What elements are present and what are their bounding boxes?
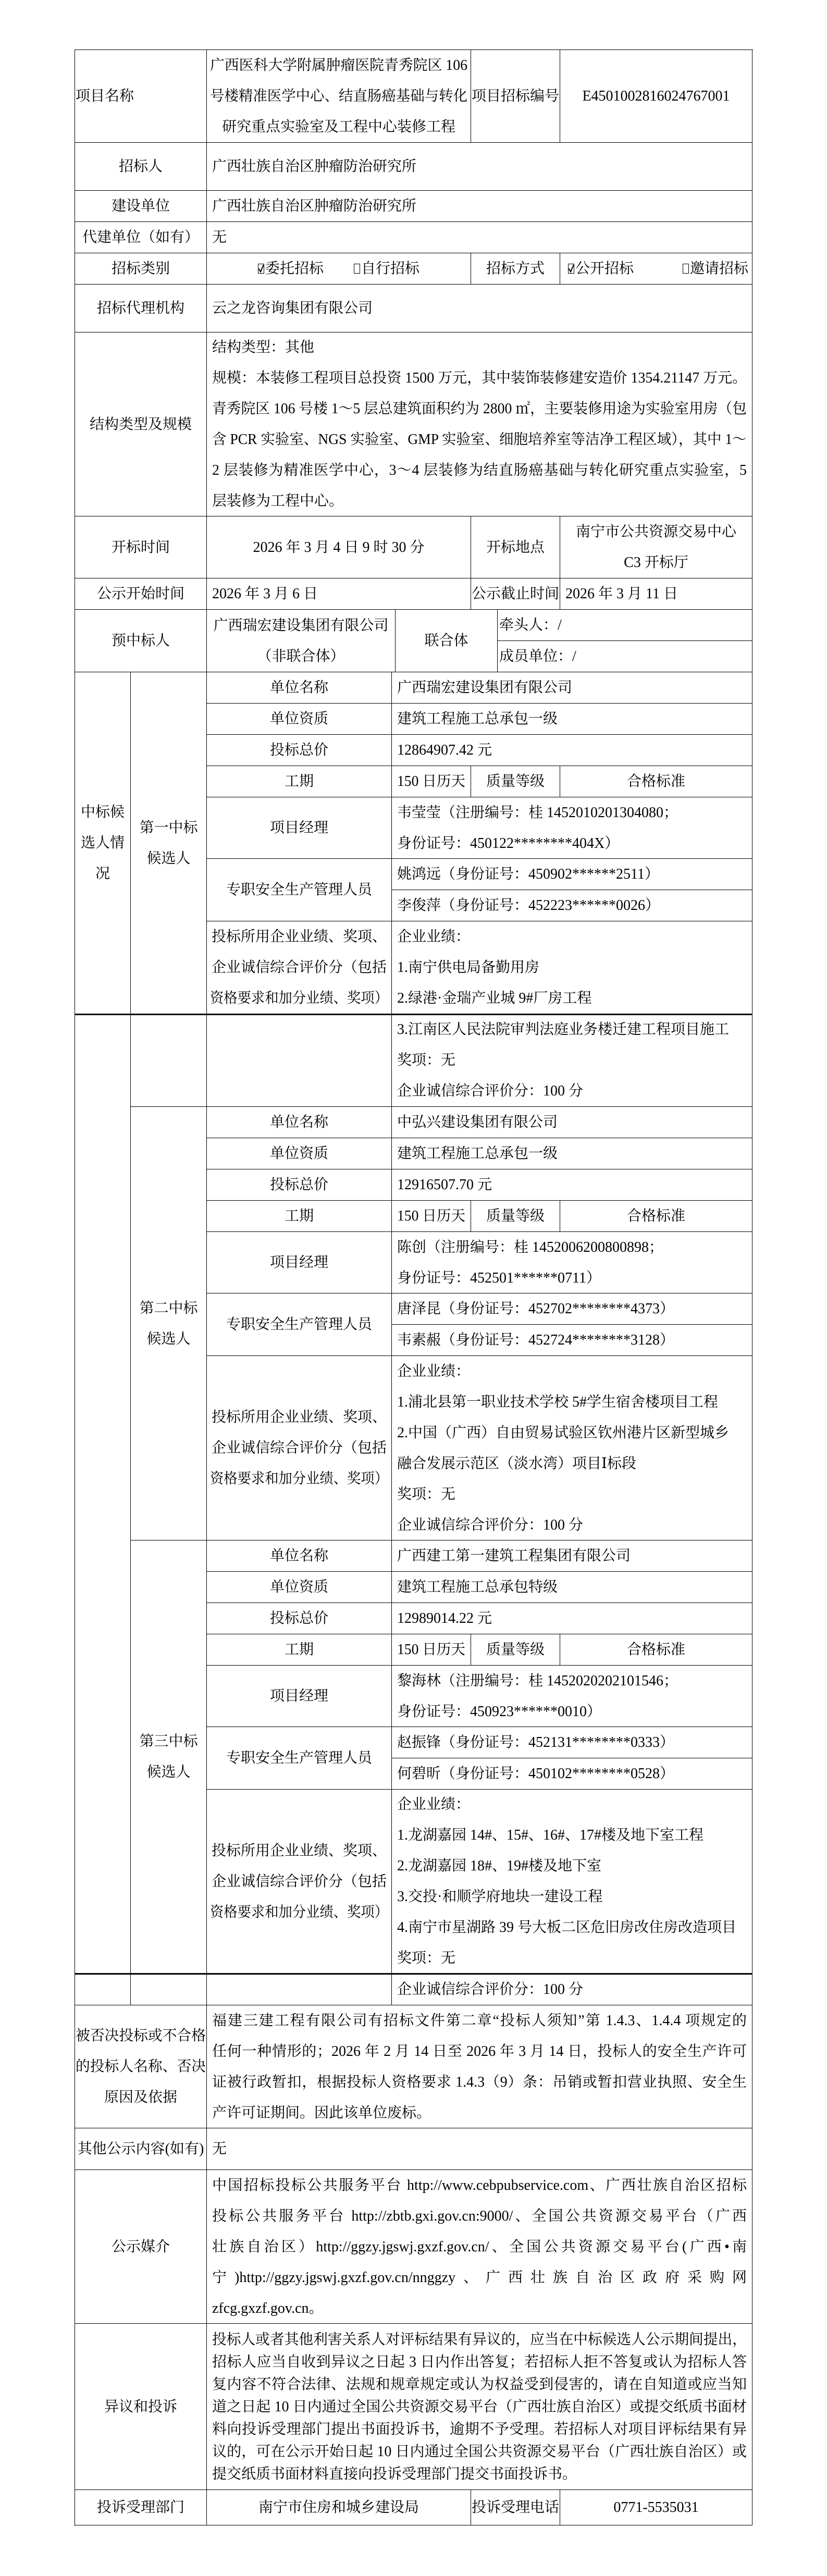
field-label: 专职安全生产管理人员 — [212, 874, 386, 905]
candidate-1-quality: 合格标准 — [560, 766, 752, 797]
consortium-members-text: 成员单位：/ — [499, 641, 750, 672]
structure-line: 青秀院区 106 号楼 1～5 层总建筑面积约为 2800 ㎡，主要装修用途为实… — [212, 393, 742, 424]
candidate-2-unit-name: 中弘兴建设集团有限公司 — [392, 1107, 752, 1138]
pre-winner-name: 广西瑞宏建设集团有限公司 （非联合体） — [207, 610, 396, 672]
bid-opening-time-text: 2026 年 3 月 4 日 9 时 30 分 — [212, 532, 465, 563]
candidate-3-safety-label: 专职安全生产管理人员 — [207, 1727, 392, 1790]
pre-winner-label: 预中标人 — [75, 610, 207, 672]
field-label-line: 资格要求和加分业绩、奖项） — [210, 1463, 377, 1494]
media-line: 投标公共服务平台 http://zbtb.gxi.gov.cn:9000/、全国… — [212, 2201, 747, 2232]
field-value-line: 企业业绩： — [397, 1356, 747, 1387]
field-label: 质量等级 — [472, 766, 559, 797]
candidate-2-duration: 150 日历天 — [392, 1201, 471, 1232]
candidate-3-pm-label: 项目经理 — [207, 1666, 392, 1727]
field-label: 投标总价 — [212, 1169, 386, 1200]
field-value: 12864907.42 元 — [397, 735, 747, 766]
bid-opening-place-line: C3 开标厅 — [565, 547, 747, 578]
option-label: 公开招标 — [575, 253, 634, 284]
field-label: 项目经理 — [212, 1247, 386, 1278]
field-value: 广西建工第一建筑工程集团有限公司 — [397, 1540, 747, 1571]
publicity-start-value: 2026 年 3 月 6 日 — [207, 578, 471, 610]
field-value-line: 2.绿港·金瑞产业城 9#厂房工程 — [397, 983, 747, 1014]
field-value: 何碧昕（身份证号：450102********0528） — [397, 1758, 747, 1789]
candidate-3-qualification-label: 单位资质 — [207, 1572, 392, 1603]
field-value: 合格标准 — [565, 1201, 747, 1231]
complaint-dept-text: 南宁市住房和城乡建设局 — [212, 2492, 465, 2523]
complaint-phone-text: 0771-5535031 — [565, 2492, 747, 2523]
candidates-section-label: 中标候 选人情 况 — [75, 672, 131, 1014]
candidates-section-continued — [75, 1014, 131, 1974]
candidate-3-performance-label-continued — [207, 1974, 392, 2005]
candidates-section-continued — [75, 1974, 131, 2005]
candidate-1-pm-label: 项目经理 — [207, 797, 392, 859]
candidate-1-qualification-label: 单位资质 — [207, 704, 392, 735]
candidate-rank-line: 第二中标 — [131, 1293, 206, 1324]
checkbox-icon — [354, 264, 360, 274]
bid-opening-place-line: 南宁市公共资源交易中心 — [565, 516, 747, 547]
objection-line: 议的，可在公示开始日起 10 日内通过全国公共资源交易平台（广西壮族自治区）或 — [212, 2441, 747, 2463]
consortium-label-text: 联合体 — [396, 625, 497, 656]
candidate-3-duration-label: 工期 — [207, 1634, 392, 1666]
field-value-line: 2.龙湖嘉园 18#、19#楼及地下室 — [397, 1851, 747, 1881]
option-label: 自行招标 — [361, 253, 419, 284]
candidate-3-unit-name-label: 单位名称 — [207, 1540, 392, 1572]
pre-winner-name-line: 广西瑞宏建设集团有限公司 — [207, 610, 394, 641]
candidates-section-line: 中标候 — [76, 797, 130, 828]
agent-construction-unit-text: 无 — [212, 222, 747, 253]
bid-opening-place-value: 南宁市公共资源交易中心 C3 开标厅 — [560, 516, 752, 578]
field-value: 建筑工程施工总承包一级 — [397, 704, 747, 734]
publicity-end-value: 2026 年 3 月 11 日 — [560, 578, 752, 610]
complaint-phone-label-text: 投诉受理电话 — [472, 2492, 559, 2523]
candidate-1-performance-continued: 3.江南区人民法院审判法庭业务楼迁建工程项目施工 奖项：无 企业诚信综合评价分：… — [392, 1014, 752, 1107]
candidate-2-performance: 企业业绩： 1.浦北县第一职业技术学校 5#学生宿舍楼项目工程 2.中国（广西）… — [392, 1356, 752, 1540]
agency-text: 云之龙咨询集团有限公司 — [212, 293, 747, 324]
field-label-line: 投标所用企业业绩、奖项、 — [210, 1835, 388, 1866]
field-value-line: 3.江南区人民法院审判法庭业务楼迁建工程项目施工 — [397, 1014, 747, 1045]
media-label-text: 公示媒介 — [76, 2232, 206, 2262]
objection-line: 招标人应当自收到异议之日起 3 日内作出答复；若招标人拒不答复或认为招标人答 — [212, 2351, 747, 2373]
field-value: 12916507.70 元 — [397, 1169, 747, 1200]
objection-line: 复内容不符合法律、法规和规章规定或认为权益受到侵害的，请在自知道或应当知 — [212, 2373, 747, 2396]
candidate-2-rank: 第二中标 候选人 — [131, 1107, 207, 1540]
field-value-line: 身份证号：450923******0010） — [397, 1696, 747, 1727]
option-invited-tender: 邀请招标 — [683, 253, 748, 284]
candidates-section-line: 况 — [76, 858, 130, 889]
media-line: zfcg.gxzf.gov.cn。 — [212, 2293, 747, 2324]
complaint-dept-label-text: 投诉受理部门 — [76, 2492, 206, 2523]
candidate-2-qualification: 建筑工程施工总承包一级 — [392, 1138, 752, 1169]
field-value-line: 身份证号：450122********404X） — [397, 828, 747, 859]
bid-opening-place-label-text: 开标地点 — [472, 532, 559, 563]
objection-label-text: 异议和投诉 — [76, 2392, 206, 2422]
field-label: 单位资质 — [212, 704, 386, 734]
field-value: 合格标准 — [565, 766, 747, 797]
candidate-2-safety-2: 韦素赧（身份证号：452724********3128） — [392, 1325, 752, 1356]
publicity-start-label-text: 公示开始时间 — [76, 578, 206, 609]
candidate-2-qualification-label: 单位资质 — [207, 1138, 392, 1169]
field-value-line: 3.交投·和顺学府地块一建设工程 — [397, 1881, 747, 1912]
publicity-start-label: 公示开始时间 — [75, 578, 207, 610]
structure-label-text: 结构类型及规模 — [76, 409, 206, 440]
agent-construction-unit-label: 代建单位（如有） — [75, 222, 207, 253]
rejected-value: 福建三建工程有限公司有招标文件第二章“投标人须知”第 1.4.3、1.4.4 项… — [207, 2005, 752, 2128]
candidate-rank-line: 候选人 — [131, 1757, 206, 1788]
field-value-line: 4.南宁市星湖路 39 号大板二区危旧房改住房改造项目 — [397, 1912, 747, 1943]
bid-opening-place-label: 开标地点 — [471, 516, 560, 578]
tender-method-label: 招标方式 — [471, 253, 560, 285]
rejected-label-line: 被否决投标或不合格 — [76, 2020, 205, 2051]
agency-value: 云之龙咨询集团有限公司 — [207, 285, 752, 332]
tenderer-value: 广西壮族自治区肿瘤防治研究所 — [207, 143, 752, 191]
tender-type-label: 招标类别 — [75, 253, 207, 285]
objection-line: 投标人或者其他利害关系人对评标结果有异议的，应当在中标候选人公示期间提出， — [212, 2328, 742, 2351]
structure-label: 结构类型及规模 — [75, 332, 207, 516]
objection-line: 料向投诉受理部门提出书面投诉书，逾期不予受理。若招标人对项目评标结果有异 — [212, 2418, 747, 2441]
candidate-2-pm: 陈创（注册编号：桂 1452006200800898； 身份证号：452501*… — [392, 1232, 752, 1293]
field-value: 建筑工程施工总承包特级 — [397, 1572, 747, 1603]
field-value-line: 韦莹莹（注册编号：桂 1452010201304080； — [397, 797, 747, 828]
field-value-line: 黎海林（注册编号：桂 1452020202101546； — [397, 1666, 747, 1696]
field-value-line: 陈创（注册编号：桂 1452006200800898； — [397, 1232, 747, 1263]
candidate-1-performance-label-continued — [207, 1014, 392, 1107]
field-label-line: 企业诚信综合评价分（包括 — [210, 1433, 388, 1463]
field-label: 单位名称 — [212, 672, 386, 703]
bid-opening-time-label: 开标时间 — [75, 516, 207, 578]
complaint-dept-label: 投诉受理部门 — [75, 2490, 207, 2525]
project-name-label-text: 项目名称 — [76, 81, 206, 112]
candidate-1-quality-label: 质量等级 — [471, 766, 560, 797]
consortium-members: 成员单位：/ — [498, 641, 752, 672]
agency-label-text: 招标代理机构 — [76, 293, 206, 324]
media-label: 公示媒介 — [75, 2170, 207, 2324]
tender-method-label-text: 招标方式 — [472, 253, 559, 284]
option-label: 邀请招标 — [690, 253, 748, 284]
option-self-tender: 自行招标 — [354, 253, 419, 284]
field-label: 单位名称 — [212, 1540, 386, 1571]
field-label: 单位资质 — [212, 1572, 386, 1603]
candidate-3-performance-label: 投标所用企业业绩、奖项、 企业诚信综合评价分（包括 资格要求和加分业绩、奖项） — [207, 1790, 392, 1974]
candidate-2-quality: 合格标准 — [560, 1201, 752, 1232]
candidate-1-unit-name: 广西瑞宏建设集团有限公司 — [392, 672, 752, 704]
candidate-2-safety-label: 专职安全生产管理人员 — [207, 1293, 392, 1356]
complaint-dept-value: 南宁市住房和城乡建设局 — [207, 2490, 471, 2525]
project-code-value: E4501002816024767001 — [560, 50, 752, 143]
field-value: 建筑工程施工总承包一级 — [397, 1138, 747, 1169]
candidate-rank-line: 第三中标 — [131, 1726, 206, 1757]
structure-line: 结构类型：其他 — [212, 332, 747, 363]
candidate-1-unit-name-label: 单位名称 — [207, 672, 392, 704]
field-label: 质量等级 — [472, 1634, 559, 1665]
agent-construction-unit-value: 无 — [207, 222, 752, 253]
project-code-label-text: 项目招标编号 — [472, 81, 559, 112]
candidate-3-quality: 合格标准 — [560, 1634, 752, 1666]
field-value: 12989014.22 元 — [397, 1603, 747, 1634]
field-value-line: 企业业绩： — [397, 1789, 747, 1820]
construction-unit-value: 广西壮族自治区肿瘤防治研究所 — [207, 191, 752, 222]
candidate-2-bid-price-label: 投标总价 — [207, 1169, 392, 1201]
complaint-phone-value: 0771-5535031 — [560, 2490, 752, 2525]
candidate-1-performance-label: 投标所用企业业绩、奖项、 企业诚信综合评价分（包括 资格要求和加分业绩、奖项） — [207, 921, 392, 1014]
construction-unit-label-text: 建设单位 — [76, 191, 206, 221]
field-label: 工期 — [212, 766, 386, 797]
candidate-2-performance-label: 投标所用企业业绩、奖项、 企业诚信综合评价分（包括 资格要求和加分业绩、奖项） — [207, 1356, 392, 1540]
rejected-label-line: 原因及依据 — [76, 2082, 206, 2113]
candidate-1-performance: 企业业绩： 1.南宁供电局备勤用房 2.绿港·金瑞产业城 9#厂房工程 — [392, 921, 752, 1014]
candidate-3-bid-price-label: 投标总价 — [207, 1603, 392, 1634]
option-open-tender: 公开招标 — [568, 253, 634, 284]
checkbox-icon — [568, 264, 574, 274]
field-label-line: 企业诚信综合评价分（包括 — [210, 952, 388, 983]
candidate-3-performance: 企业业绩： 1.龙湖嘉园 14#、15#、16#、17#楼及地下室工程 2.龙湖… — [392, 1790, 752, 1974]
objection-value: 投标人或者其他利害关系人对评标结果有异议的，应当在中标候选人公示期间提出， 招标… — [207, 2324, 752, 2490]
other-content-text: 无 — [212, 2134, 747, 2164]
publicity-end-label-text: 公示截止时间 — [472, 578, 559, 609]
field-value-line: 企业业绩： — [397, 921, 747, 952]
tenderer-label: 招标人 — [75, 143, 207, 191]
agent-construction-unit-label-text: 代建单位（如有） — [76, 222, 206, 253]
checkbox-icon — [683, 264, 689, 274]
field-value: 广西瑞宏建设集团有限公司 — [397, 672, 747, 703]
objection-label: 异议和投诉 — [75, 2324, 207, 2490]
project-name-line: 研究重点实验室及工程中心装修工程 — [210, 112, 467, 142]
consortium-label: 联合体 — [396, 610, 498, 672]
candidate-3-safety-2: 何碧昕（身份证号：450102********0528） — [392, 1758, 752, 1790]
candidate-3-qualification: 建筑工程施工总承包特级 — [392, 1572, 752, 1603]
checkbox-icon — [258, 264, 264, 274]
field-value: 唐泽昆（身份证号：452702********4373） — [397, 1293, 747, 1324]
pre-winner-name-line: （非联合体） — [207, 641, 394, 672]
other-content-label: 其他公示内容(如有) — [75, 2128, 207, 2170]
candidate-1-duration-label: 工期 — [207, 766, 392, 797]
field-label: 投标总价 — [212, 1603, 386, 1634]
field-value-line: 身份证号：452501******0711） — [397, 1263, 747, 1293]
field-value: 中弘兴建设集团有限公司 — [397, 1107, 747, 1138]
field-value-line: 2.中国（广西）自由贸易试验区钦州港片区新型城乡 — [397, 1418, 747, 1448]
tenderer-label-text: 招标人 — [76, 151, 206, 182]
candidate-1-rank-continued — [131, 1014, 207, 1107]
rejected-line: 证被行政暂扣，根据投标人资格要求 1.4.3（9）条：吊销或暂扣营业执照、安全生 — [212, 2067, 747, 2098]
field-value-line: 1.龙湖嘉园 14#、15#、16#、17#楼及地下室工程 — [397, 1820, 747, 1851]
candidate-3-unit-name: 广西建工第一建筑工程集团有限公司 — [392, 1540, 752, 1572]
field-label: 投标总价 — [212, 735, 386, 766]
construction-unit-text: 广西壮族自治区肿瘤防治研究所 — [212, 191, 747, 221]
candidate-rank-line: 第一中标 — [131, 812, 206, 843]
field-value-line: 奖项：无 — [397, 1045, 747, 1076]
publicity-end-text: 2026 年 3 月 11 日 — [565, 578, 747, 609]
agency-label: 招标代理机构 — [75, 285, 207, 332]
project-name-label: 项目名称 — [75, 50, 207, 143]
candidate-1-bid-price: 12864907.42 元 — [392, 735, 752, 766]
tender-method-options: 公开招标 邀请招标 — [560, 253, 752, 285]
project-name-line: 广西医科大学附属肿瘤医院青秀院区 106 — [210, 50, 466, 81]
field-value: 150 日历天 — [397, 766, 464, 797]
publicity-start-text: 2026 年 3 月 6 日 — [212, 578, 465, 609]
field-value-line: 奖项：无 — [397, 1943, 747, 1974]
field-label: 质量等级 — [472, 1201, 559, 1231]
objection-line: 道之日起 10 日内通过全国公共资源交易平台（广西壮族自治区）或提交纸质书面材 — [212, 2396, 747, 2418]
candidate-3-quality-label: 质量等级 — [471, 1634, 560, 1666]
field-value: 赵振锋（身份证号：452131********0333） — [397, 1727, 747, 1758]
publicity-end-label: 公示截止时间 — [471, 578, 560, 610]
announcement-table: 项目名称 广西医科大学附属肿瘤医院青秀院区 106 号楼精准医学中心、结直肠癌基… — [75, 50, 753, 2526]
candidate-3-rank: 第三中标 候选人 — [131, 1540, 207, 1974]
candidate-3-duration: 150 日历天 — [392, 1634, 471, 1666]
media-line: 壮族自治区）http://ggzy.jgswj.gxzf.gov.cn/、全国公… — [212, 2232, 747, 2262]
rejected-line: 产许可证期间。因此该单位废标。 — [212, 2098, 747, 2128]
candidate-rank-line: 候选人 — [131, 843, 206, 874]
field-label: 专职安全生产管理人员 — [212, 1309, 386, 1340]
rejected-line: 任何一种情形的；2026 年 2 月 14 日至 2026 年 3 月 14 日… — [212, 2036, 747, 2067]
bid-opening-time-value: 2026 年 3 月 4 日 9 时 30 分 — [207, 516, 471, 578]
structure-line: 规模：本装修工程项目总投资 1500 万元，其中装饰装修建安造价 1354.21… — [212, 363, 746, 393]
field-label: 专职安全生产管理人员 — [212, 1743, 386, 1773]
rejected-label: 被否决投标或不合格 的投标人名称、否决 原因及依据 — [75, 2005, 207, 2128]
media-line: 宁)http://ggzy.jgswj.gxzf.gov.cn/nnggzy、广… — [212, 2262, 747, 2293]
field-value-line: 奖项：无 — [397, 1479, 747, 1510]
candidate-2-pm-label: 项目经理 — [207, 1232, 392, 1293]
project-code-text: E4501002816024767001 — [565, 81, 747, 112]
field-label-line: 投标所用企业业绩、奖项、 — [210, 1402, 388, 1433]
candidate-1-safety-2: 李俊萍（身份证号：452223******0026） — [392, 890, 752, 921]
candidate-2-bid-price: 12916507.70 元 — [392, 1169, 752, 1201]
candidate-2-duration-label: 工期 — [207, 1201, 392, 1232]
field-label: 项目经理 — [212, 1681, 386, 1711]
complaint-phone-label: 投诉受理电话 — [471, 2490, 560, 2525]
field-value: 合格标准 — [565, 1634, 747, 1665]
field-value: 150 日历天 — [397, 1634, 464, 1665]
media-line: 中国招标投标公共服务平台 http://www.cebpubservice.co… — [212, 2170, 747, 2201]
tender-type-options: 委托招标 自行招标 — [207, 253, 471, 285]
project-code-label: 项目招标编号 — [471, 50, 560, 143]
candidates-section-line: 选人情 — [76, 828, 130, 858]
field-value-line: 融合发展示范区（淡水湾）项目Ⅰ标段 — [397, 1448, 747, 1479]
candidate-rank-line: 候选人 — [131, 1324, 206, 1354]
option-label: 委托招标 — [265, 253, 324, 284]
pre-winner-label-text: 预中标人 — [76, 625, 206, 656]
field-value: 150 日历天 — [397, 1201, 464, 1231]
option-entrusted-tender: 委托招标 — [258, 253, 324, 284]
project-name-line: 号楼精准医学中心、结直肠癌基础与转化 — [210, 81, 462, 112]
field-value-line: 1.浦北县第一职业技术学校 5#学生宿舍楼项目工程 — [397, 1387, 747, 1418]
consortium-lead-text: 牵头人：/ — [499, 610, 750, 640]
candidate-1-duration: 150 日历天 — [392, 766, 471, 797]
structure-value: 结构类型：其他 规模：本装修工程项目总投资 1500 万元，其中装饰装修建安造价… — [207, 332, 752, 516]
candidate-3-bid-price: 12989014.22 元 — [392, 1603, 752, 1634]
candidate-1-bid-price-label: 投标总价 — [207, 735, 392, 766]
candidate-3-performance-continued: 企业诚信综合评价分：100 分 — [392, 1974, 752, 2005]
field-label: 工期 — [212, 1201, 386, 1231]
field-value-line: 1.南宁供电局备勤用房 — [397, 952, 747, 983]
other-content-label-text: 其他公示内容(如有) — [76, 2134, 206, 2164]
rejected-line: 福建三建工程有限公司有招标文件第二章“投标人须知”第 1.4.3、1.4.4 项… — [212, 2005, 747, 2036]
field-label-line: 资格要求和加分业绩、奖项） — [210, 1897, 377, 1928]
media-value: 中国招标投标公共服务平台 http://www.cebpubservice.co… — [207, 2170, 752, 2324]
candidate-3-pm: 黎海林（注册编号：桂 1452020202101546； 身份证号：450923… — [392, 1666, 752, 1727]
candidate-3-rank-continued — [131, 1974, 207, 2005]
field-label: 单位资质 — [212, 1138, 386, 1169]
other-content-value: 无 — [207, 2128, 752, 2170]
field-label-line: 投标所用企业业绩、奖项、 — [210, 921, 388, 952]
candidate-2-safety-1: 唐泽昆（身份证号：452702********4373） — [392, 1293, 752, 1325]
field-value-line: 企业诚信综合评价分：100 分 — [397, 1974, 747, 2005]
candidate-2-unit-name-label: 单位名称 — [207, 1107, 392, 1138]
candidate-1-pm: 韦莹莹（注册编号：桂 1452010201304080； 身份证号：450122… — [392, 797, 752, 859]
bid-opening-time-label-text: 开标时间 — [76, 532, 206, 563]
candidate-1-rank: 第一中标 候选人 — [131, 672, 207, 1014]
field-label: 单位名称 — [212, 1107, 386, 1138]
candidate-1-qualification: 建筑工程施工总承包一级 — [392, 704, 752, 735]
field-value: 姚鸿远（身份证号：450902******2511） — [397, 859, 747, 890]
field-label: 项目经理 — [212, 812, 386, 843]
field-label: 工期 — [212, 1634, 386, 1665]
tender-type-option-group: 委托招标 自行招标 — [212, 253, 465, 284]
construction-unit-label: 建设单位 — [75, 191, 207, 222]
project-name-value: 广西医科大学附属肿瘤医院青秀院区 106 号楼精准医学中心、结直肠癌基础与转化 … — [207, 50, 471, 143]
tender-method-option-group: 公开招标 邀请招标 — [561, 253, 751, 284]
structure-line: 2 层装修为精准医学中心，3～4 层装修为结直肠癌基础与转化研究重点实验室，5 — [212, 455, 747, 486]
field-label-line: 企业诚信综合评价分（包括 — [210, 1866, 388, 1897]
objection-line: 提交纸质书面材料直接向投诉受理部门提交书面投诉书。 — [212, 2463, 747, 2485]
rejected-label-line: 的投标人名称、否决 — [76, 2051, 205, 2082]
field-label-line: 资格要求和加分业绩、奖项） — [210, 983, 377, 1014]
consortium-lead: 牵头人：/ — [498, 610, 752, 641]
candidate-3-safety-1: 赵振锋（身份证号：452131********0333） — [392, 1727, 752, 1758]
field-value: 李俊萍（身份证号：452223******0026） — [397, 890, 747, 921]
candidate-1-safety-label: 专职安全生产管理人员 — [207, 859, 392, 921]
structure-line: 含 PCR 实验室、NGS 实验室、GMP 实验室、细胞培养室等洁净工程区域），… — [212, 424, 737, 455]
structure-line: 层装修为工程中心。 — [212, 486, 747, 516]
candidate-2-quality-label: 质量等级 — [471, 1201, 560, 1232]
tenderer-text: 广西壮族自治区肿瘤防治研究所 — [212, 151, 747, 182]
field-value-line: 企业诚信综合评价分：100 分 — [397, 1076, 747, 1106]
tender-type-label-text: 招标类别 — [76, 253, 206, 284]
field-value-line: 企业诚信综合评价分：100 分 — [397, 1510, 747, 1540]
candidate-1-safety-1: 姚鸿远（身份证号：450902******2511） — [392, 859, 752, 890]
field-value: 韦素赧（身份证号：452724********3128） — [397, 1325, 747, 1355]
